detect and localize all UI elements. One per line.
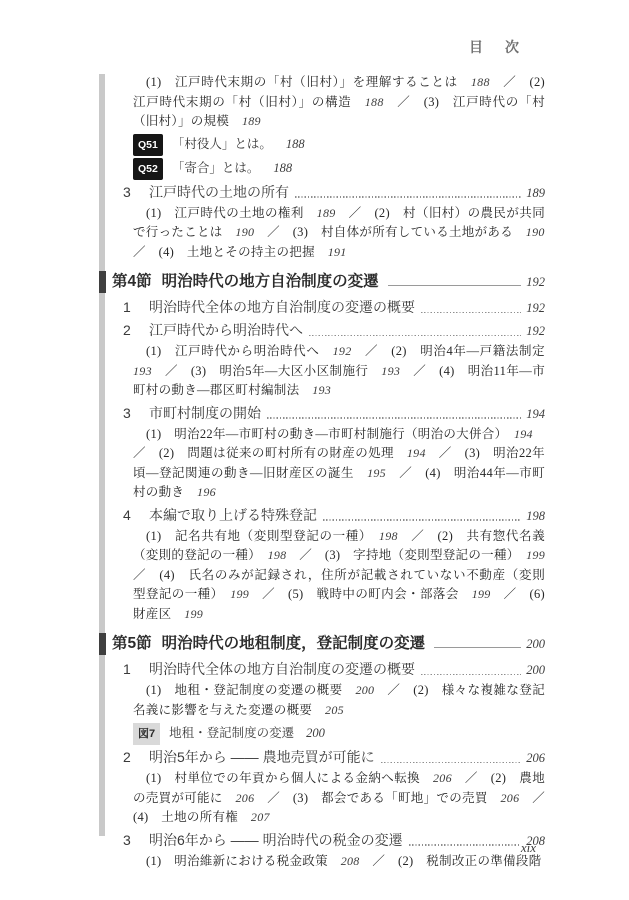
document-page: 目 次 (1) 江戸時代末期の「村（旧村）」を理解することは 188 ／ (2)…	[0, 0, 629, 900]
item-title: 明治6年から ―― 明治時代の税金の変遷	[149, 830, 403, 850]
folio-page-number: xix	[521, 840, 536, 856]
toc-entries: (1) 江戸時代末期の「村（旧村）」を理解することは 188 ／ (2) 江戸時…	[99, 73, 545, 871]
page-number: 199	[230, 587, 249, 601]
page-number: 188	[273, 158, 292, 178]
section-heading-row: 第5節 明治時代の地租制度，登記制度の変遷 200	[99, 631, 545, 657]
question-badge: Q51	[133, 134, 163, 156]
toc-item-row: 4 本編で取り上げる特殊登記 198	[123, 505, 545, 526]
figure-caption: 地租・登記制度の変遷	[169, 723, 294, 743]
item-number: 2	[123, 747, 149, 767]
page-number: 200	[526, 633, 545, 655]
figure-row: 図7 地租・登記制度の変遷 200	[133, 723, 545, 745]
page-number: 194	[407, 446, 426, 460]
page-number: 188	[471, 75, 490, 89]
page-number: 200	[355, 683, 374, 697]
page-number: 200	[306, 723, 325, 743]
page-number: 194	[514, 427, 533, 441]
item-title: 明治時代全体の地方自治制度の変遷の概要	[149, 659, 415, 679]
item-title: 明治時代全体の地方自治制度の変遷の概要	[149, 297, 415, 317]
item-number: 4	[123, 505, 149, 525]
toc-item-row: 2 江戸時代から明治時代へ 192	[123, 320, 545, 341]
toc-subitems-paragraph: (1) 地租・登記制度の変遷の概要 200 ／ (2) 様々な複雑な登記名義に影…	[133, 681, 545, 720]
page-number: 206	[526, 748, 545, 768]
question-text: 「寄合」とは。	[172, 158, 260, 178]
dotted-leader	[323, 519, 521, 521]
page-number: 188	[286, 134, 305, 154]
item-number: 2	[123, 320, 149, 340]
item-title: 江戸時代から明治時代へ	[149, 320, 303, 340]
question-badge: Q52	[133, 158, 163, 180]
page-number: 206	[500, 791, 519, 805]
dotted-leader	[381, 762, 522, 764]
toc-item-row: 3 市町村制度の開始 194	[123, 403, 545, 424]
page-number: 199	[526, 548, 545, 562]
page-number: 191	[328, 245, 347, 259]
dotted-leader	[409, 844, 522, 846]
item-number: 1	[123, 297, 149, 317]
page-number: 190	[235, 225, 254, 239]
toc-item-row: 1 明治時代全体の地方自治制度の変遷の概要 200	[123, 659, 545, 680]
solid-leader	[388, 285, 522, 286]
dotted-leader	[421, 674, 521, 676]
page-number: 196	[197, 485, 216, 499]
page-number: 188	[365, 95, 384, 109]
question-text: 「村役人」とは。	[172, 134, 272, 154]
dotted-leader	[421, 312, 521, 314]
page-number: 198	[268, 548, 287, 562]
toc-item-row: 3 江戸時代の土地の所有 189	[123, 182, 545, 203]
section-title: 明治時代の地租制度，登記制度の変遷	[162, 633, 426, 655]
page-number: 192	[333, 344, 352, 358]
page-number: 193	[133, 364, 152, 378]
dotted-leader	[267, 417, 521, 419]
toc-subitems-paragraph: (1) 明治維新における税金政策 208 ／ (2) 税制改正の準備段階	[133, 852, 545, 872]
dotted-leader	[309, 335, 521, 337]
page-number: 198	[526, 506, 545, 526]
page-number: 206	[433, 771, 452, 785]
item-number: 1	[123, 659, 149, 679]
page-number: 195	[367, 466, 386, 480]
item-title: 江戸時代の土地の所有	[149, 182, 289, 202]
section-marker	[99, 633, 106, 655]
dotted-leader	[295, 196, 521, 198]
item-number: 3	[123, 182, 149, 202]
toc-subitems-paragraph: (1) 村単位での年貢から個人による金納へ転換 206 ／ (2) 農地の売買が…	[133, 769, 545, 828]
section-title: 明治時代の地方自治制度の変遷	[162, 271, 379, 293]
page-number: 193	[381, 364, 400, 378]
question-row: Q51 「村役人」とは。 188	[133, 134, 545, 156]
page-number: 205	[325, 703, 344, 717]
page-number: 189	[242, 114, 261, 128]
page-number: 190	[526, 225, 545, 239]
section-label: 第4節	[112, 271, 152, 293]
question-row: Q52 「寄合」とは。 188	[133, 158, 545, 180]
section-label: 第5節	[112, 633, 152, 655]
page-number: 192	[526, 271, 545, 293]
item-title: 市町村制度の開始	[149, 403, 261, 423]
toc-subitems-paragraph: (1) 記名共有地（変則型登記の一種） 198 ／ (2) 共有惣代名義（変則的…	[133, 527, 545, 625]
page-number: 199	[184, 607, 203, 621]
toc-item-row: 3 明治6年から ―― 明治時代の税金の変遷 208	[123, 830, 545, 851]
page-number: 189	[526, 183, 545, 203]
page-number: 189	[317, 206, 336, 220]
item-number: 3	[123, 403, 149, 423]
item-title: 明治5年から ―― 農地売買が可能に	[149, 747, 375, 767]
toc-item-row: 2 明治5年から ―― 農地売買が可能に 206	[123, 747, 545, 768]
page-number: 194	[526, 404, 545, 424]
item-title: 本編で取り上げる特殊登記	[149, 505, 317, 525]
page-number: 206	[235, 791, 254, 805]
toc-subitems-paragraph: (1) 江戸時代から明治時代へ 192 ／ (2) 明治4年―戸籍法制定 193…	[133, 342, 545, 401]
page-number: 208	[341, 854, 360, 868]
section-marker	[99, 271, 106, 293]
toc-subitems-paragraph: (1) 明治22年―市町村の動き―市町村制施行（明治の大併合） 194 ／ (2…	[133, 425, 545, 503]
page-number: 200	[526, 660, 545, 680]
page-number: 198	[379, 529, 398, 543]
figure-badge: 図7	[133, 723, 160, 745]
page-number: 207	[251, 810, 270, 824]
solid-leader	[434, 647, 521, 648]
page-number: 199	[472, 587, 491, 601]
toc-subitems-paragraph: (1) 江戸時代末期の「村（旧村）」を理解することは 188 ／ (2) 江戸時…	[133, 73, 545, 132]
toc-header: 目 次	[469, 37, 523, 57]
page-number: 192	[526, 321, 545, 341]
page-number: 192	[526, 298, 545, 318]
item-number: 3	[123, 830, 149, 850]
toc-item-row: 1 明治時代全体の地方自治制度の変遷の概要 192	[123, 297, 545, 318]
section-heading-row: 第4節 明治時代の地方自治制度の変遷 192	[99, 269, 545, 295]
page-number: 193	[312, 383, 331, 397]
toc-subitems-paragraph: (1) 江戸時代の土地の権利 189 ／ (2) 村（旧村）の農民が共同で行った…	[133, 204, 545, 263]
toc-content: (1) 江戸時代末期の「村（旧村）」を理解することは 188 ／ (2) 江戸時…	[99, 72, 545, 871]
